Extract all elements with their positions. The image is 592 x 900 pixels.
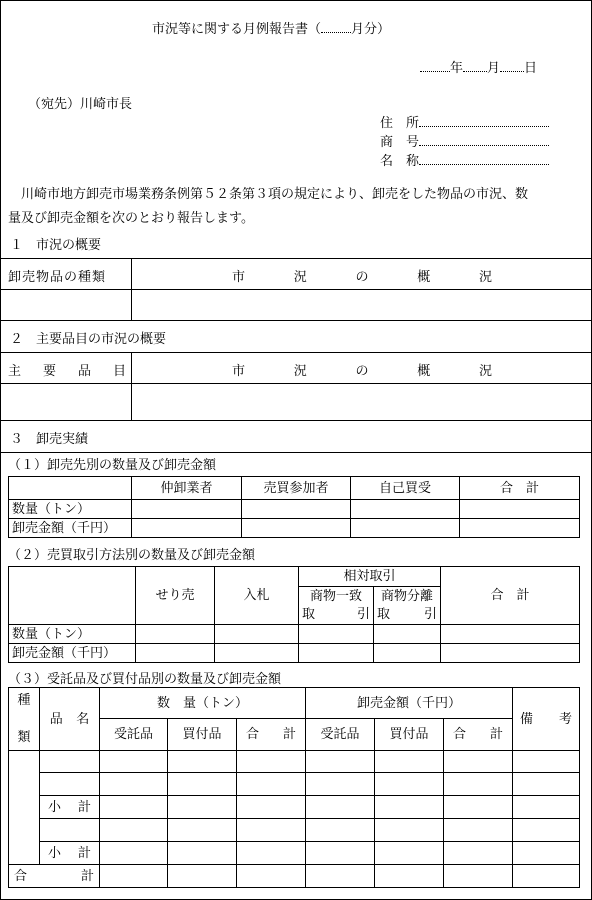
item-name-cell[interactable] xyxy=(40,773,100,796)
data-cell[interactable] xyxy=(215,625,299,644)
address-field[interactable] xyxy=(419,115,549,127)
label-char: 商 xyxy=(380,135,393,150)
header-char: 況 xyxy=(294,360,307,379)
header-char: の xyxy=(355,266,368,285)
section2-col2-header: 市 況 の 概 況 xyxy=(232,360,492,379)
data-cell[interactable] xyxy=(237,842,306,865)
name-field[interactable] xyxy=(419,153,549,165)
header-cell: せり売 xyxy=(136,567,215,625)
data-cell[interactable] xyxy=(168,773,237,796)
row-label: 卸売金額（千円） xyxy=(9,644,136,663)
header-char: 考 xyxy=(559,713,572,726)
label-char: 所 xyxy=(406,116,419,131)
data-cell[interactable] xyxy=(375,819,444,842)
data-cell[interactable] xyxy=(513,751,580,773)
addressee: （宛先）川崎市長 xyxy=(28,93,132,112)
type-cell[interactable] xyxy=(9,751,40,865)
divider xyxy=(0,420,592,421)
table-by-buyer: 仲卸業者 売買参加者 自己買受 合 計 数量（トン） 卸売金額（千円） xyxy=(8,476,580,538)
data-cell[interactable] xyxy=(237,751,306,773)
data-cell[interactable] xyxy=(100,796,168,819)
data-cell[interactable] xyxy=(132,519,242,538)
data-cell[interactable] xyxy=(168,819,237,842)
section1-type-input[interactable] xyxy=(1,290,130,319)
data-cell[interactable] xyxy=(306,842,375,865)
section2-item-input[interactable] xyxy=(1,384,130,419)
divider xyxy=(0,320,592,321)
data-cell[interactable] xyxy=(375,773,444,796)
header-char: 合 xyxy=(453,728,466,741)
header-char: 種 xyxy=(17,694,30,707)
data-cell[interactable] xyxy=(444,819,513,842)
header-char: 目 xyxy=(113,360,126,379)
data-cell[interactable] xyxy=(351,519,460,538)
trade-name-field[interactable] xyxy=(419,134,549,146)
label-char: 号 xyxy=(406,135,419,150)
header-char: 計 xyxy=(490,728,503,741)
table1-title: （１）卸売先別の数量及び卸売金額 xyxy=(8,454,216,473)
header-type: 種 類 xyxy=(9,688,40,751)
table-by-method: せり売 入札 相対取引 合 計 商物一致 商物分離 取引 取引 数量（トン） 卸… xyxy=(8,566,580,663)
header-cell: 合 計 xyxy=(460,477,580,500)
applicant-address: 住所 xyxy=(380,112,549,131)
header-char: 品 xyxy=(50,713,63,726)
data-cell[interactable] xyxy=(132,500,242,519)
header-char: 概 xyxy=(417,360,430,379)
section2-col1-header: 主 要 品 目 xyxy=(8,360,126,379)
title-suffix: 月分） xyxy=(351,22,390,37)
header-cell: 取引 xyxy=(374,606,441,625)
header-cell: 取引 xyxy=(299,606,374,625)
year-field[interactable] xyxy=(420,60,450,72)
row-label: 数量（トン） xyxy=(9,500,132,519)
data-cell[interactable] xyxy=(100,773,168,796)
header-cell: 入札 xyxy=(215,567,299,625)
header-item-name: 品名 xyxy=(40,688,100,751)
table3-title: （３）受託品及び買付品別の数量及び卸売金額 xyxy=(8,668,281,687)
data-cell[interactable] xyxy=(237,796,306,819)
data-cell[interactable] xyxy=(100,842,168,865)
data-cell[interactable] xyxy=(100,751,168,773)
subtotal-label: 小計 xyxy=(40,796,100,819)
data-cell[interactable] xyxy=(444,796,513,819)
header-char: 品 xyxy=(78,360,91,379)
day-field[interactable] xyxy=(500,60,524,72)
header-char: 名 xyxy=(76,713,89,726)
data-cell[interactable] xyxy=(237,865,306,888)
header-cell: 受託品 xyxy=(100,719,168,751)
data-cell[interactable] xyxy=(374,644,441,663)
header-char: 況 xyxy=(294,266,307,285)
section2-summary-input[interactable] xyxy=(132,384,590,419)
data-cell[interactable] xyxy=(460,519,580,538)
data-cell[interactable] xyxy=(237,819,306,842)
data-cell[interactable] xyxy=(444,751,513,773)
header-char: 況 xyxy=(479,266,492,285)
data-cell[interactable] xyxy=(513,773,580,796)
intro-line-2: 量及び卸売金額を次のとおり報告します。 xyxy=(8,207,254,226)
title-prefix: 市況等に関する月例報告書（ xyxy=(152,22,321,37)
data-cell[interactable] xyxy=(168,842,237,865)
row-char: 小 xyxy=(48,801,61,814)
data-cell[interactable] xyxy=(215,644,299,663)
header-cell: 自己買受 xyxy=(351,477,460,500)
header-cell: 受託品 xyxy=(306,719,375,751)
header-char: 合 xyxy=(246,728,259,741)
divider xyxy=(0,258,592,259)
day-label: 日 xyxy=(524,61,537,76)
data-cell[interactable] xyxy=(513,796,580,819)
row-char: 計 xyxy=(81,870,94,883)
data-cell[interactable] xyxy=(460,500,580,519)
header-char: 概 xyxy=(417,266,430,285)
data-cell[interactable] xyxy=(306,819,375,842)
divider xyxy=(0,452,592,453)
header-char: の xyxy=(355,360,368,379)
header-char: 取 xyxy=(377,608,390,621)
label-char: 称 xyxy=(406,154,419,169)
data-cell[interactable] xyxy=(375,796,444,819)
header-amount: 卸売金額（千円） xyxy=(306,688,513,719)
label-char: 名 xyxy=(380,154,393,169)
header-cell: 商物分離 xyxy=(374,587,441,606)
header-char: 取 xyxy=(302,608,315,621)
label-char: 住 xyxy=(380,116,393,131)
row-label: 数量（トン） xyxy=(9,625,136,644)
data-cell[interactable] xyxy=(513,819,580,842)
header-char: 市 xyxy=(232,360,245,379)
intro-line-1: 川崎市地方卸売市場業務条例第５２条第３項の規定により、卸売をした物品の市況、数 xyxy=(8,183,528,202)
data-cell[interactable] xyxy=(168,751,237,773)
data-cell[interactable] xyxy=(374,625,441,644)
header-char: 要 xyxy=(43,360,56,379)
header-char: 市 xyxy=(232,266,245,285)
header-char: 況 xyxy=(479,360,492,379)
header-char: 引 xyxy=(424,608,437,621)
section1-col2-header: 市 況 の 概 況 xyxy=(232,266,492,285)
section1-col1-header: 卸売物品の種類 xyxy=(8,266,106,285)
data-cell[interactable] xyxy=(375,865,444,888)
data-cell[interactable] xyxy=(444,773,513,796)
row-char: 計 xyxy=(78,847,91,860)
header-cell: 買付品 xyxy=(375,719,444,751)
data-cell[interactable] xyxy=(136,644,215,663)
data-cell[interactable] xyxy=(168,865,237,888)
data-cell[interactable] xyxy=(306,865,375,888)
applicant-name: 名称 xyxy=(380,150,549,169)
divider xyxy=(0,352,592,353)
row-char: 合 xyxy=(14,870,27,883)
header-cell: 相対取引 xyxy=(299,567,441,587)
row-char: 計 xyxy=(78,801,91,814)
data-cell[interactable] xyxy=(306,751,375,773)
data-cell[interactable] xyxy=(306,796,375,819)
date-line: 年月日 xyxy=(420,57,537,76)
header-char: 引 xyxy=(357,608,370,621)
header-remarks: 備考 xyxy=(513,688,580,751)
header-cell: 売買参加者 xyxy=(242,477,351,500)
data-cell[interactable] xyxy=(375,751,444,773)
year-label: 年 xyxy=(450,61,463,76)
month-field[interactable] xyxy=(321,21,351,33)
data-cell[interactable] xyxy=(136,625,215,644)
applicant-trade-name: 商号 xyxy=(380,131,549,150)
header-char: 計 xyxy=(283,728,296,741)
data-cell[interactable] xyxy=(375,842,444,865)
data-cell[interactable] xyxy=(100,819,168,842)
data-cell[interactable] xyxy=(441,644,580,663)
month-date-field[interactable] xyxy=(463,60,487,72)
data-cell[interactable] xyxy=(306,773,375,796)
data-cell[interactable] xyxy=(444,842,513,865)
header-cell: 仲卸業者 xyxy=(132,477,242,500)
header-char: 主 xyxy=(8,360,21,379)
header-cell: 合 計 xyxy=(441,567,580,625)
item-name-cell[interactable] xyxy=(40,819,100,842)
row-char: 小 xyxy=(48,847,61,860)
grand-total-label: 合計 xyxy=(9,865,100,888)
row-label: 卸売金額（千円） xyxy=(9,519,132,538)
data-cell[interactable] xyxy=(168,796,237,819)
data-cell[interactable] xyxy=(441,625,580,644)
header-cell: 合計 xyxy=(444,719,513,751)
header-cell: 商物一致 xyxy=(299,587,374,606)
header-char: 備 xyxy=(520,713,533,726)
table2-title: （２）売買取引方法別の数量及び卸売金額 xyxy=(8,544,255,563)
item-name-cell[interactable] xyxy=(40,751,100,773)
header-cell xyxy=(9,477,132,500)
data-cell[interactable] xyxy=(351,500,460,519)
data-cell[interactable] xyxy=(513,865,580,888)
section3-title: ３ 卸売実績 xyxy=(10,428,88,447)
header-char: 類 xyxy=(17,731,30,744)
data-cell[interactable] xyxy=(299,644,374,663)
data-cell[interactable] xyxy=(237,773,306,796)
data-cell[interactable] xyxy=(242,519,351,538)
data-cell[interactable] xyxy=(299,625,374,644)
section1-summary-input[interactable] xyxy=(132,290,590,319)
section2-title: ２ 主要品目の市況の概要 xyxy=(10,328,166,347)
header-quantity: 数 量（トン） xyxy=(100,688,306,719)
header-cell: 合計 xyxy=(237,719,306,751)
header-cell xyxy=(9,567,136,625)
section1-title: １ 市況の概要 xyxy=(10,234,101,253)
header-cell: 買付品 xyxy=(168,719,237,751)
subtotal-label: 小計 xyxy=(40,842,100,865)
table-by-consignment: 種 類 品名 数 量（トン） 卸売金額（千円） 備考 受託品 買付品 合計 受託… xyxy=(8,687,580,888)
data-cell[interactable] xyxy=(100,865,168,888)
data-cell[interactable] xyxy=(444,865,513,888)
data-cell[interactable] xyxy=(242,500,351,519)
data-cell[interactable] xyxy=(513,842,580,865)
month-label: 月 xyxy=(487,61,500,76)
form-title: 市況等に関する月例報告書（月分） xyxy=(152,18,390,37)
